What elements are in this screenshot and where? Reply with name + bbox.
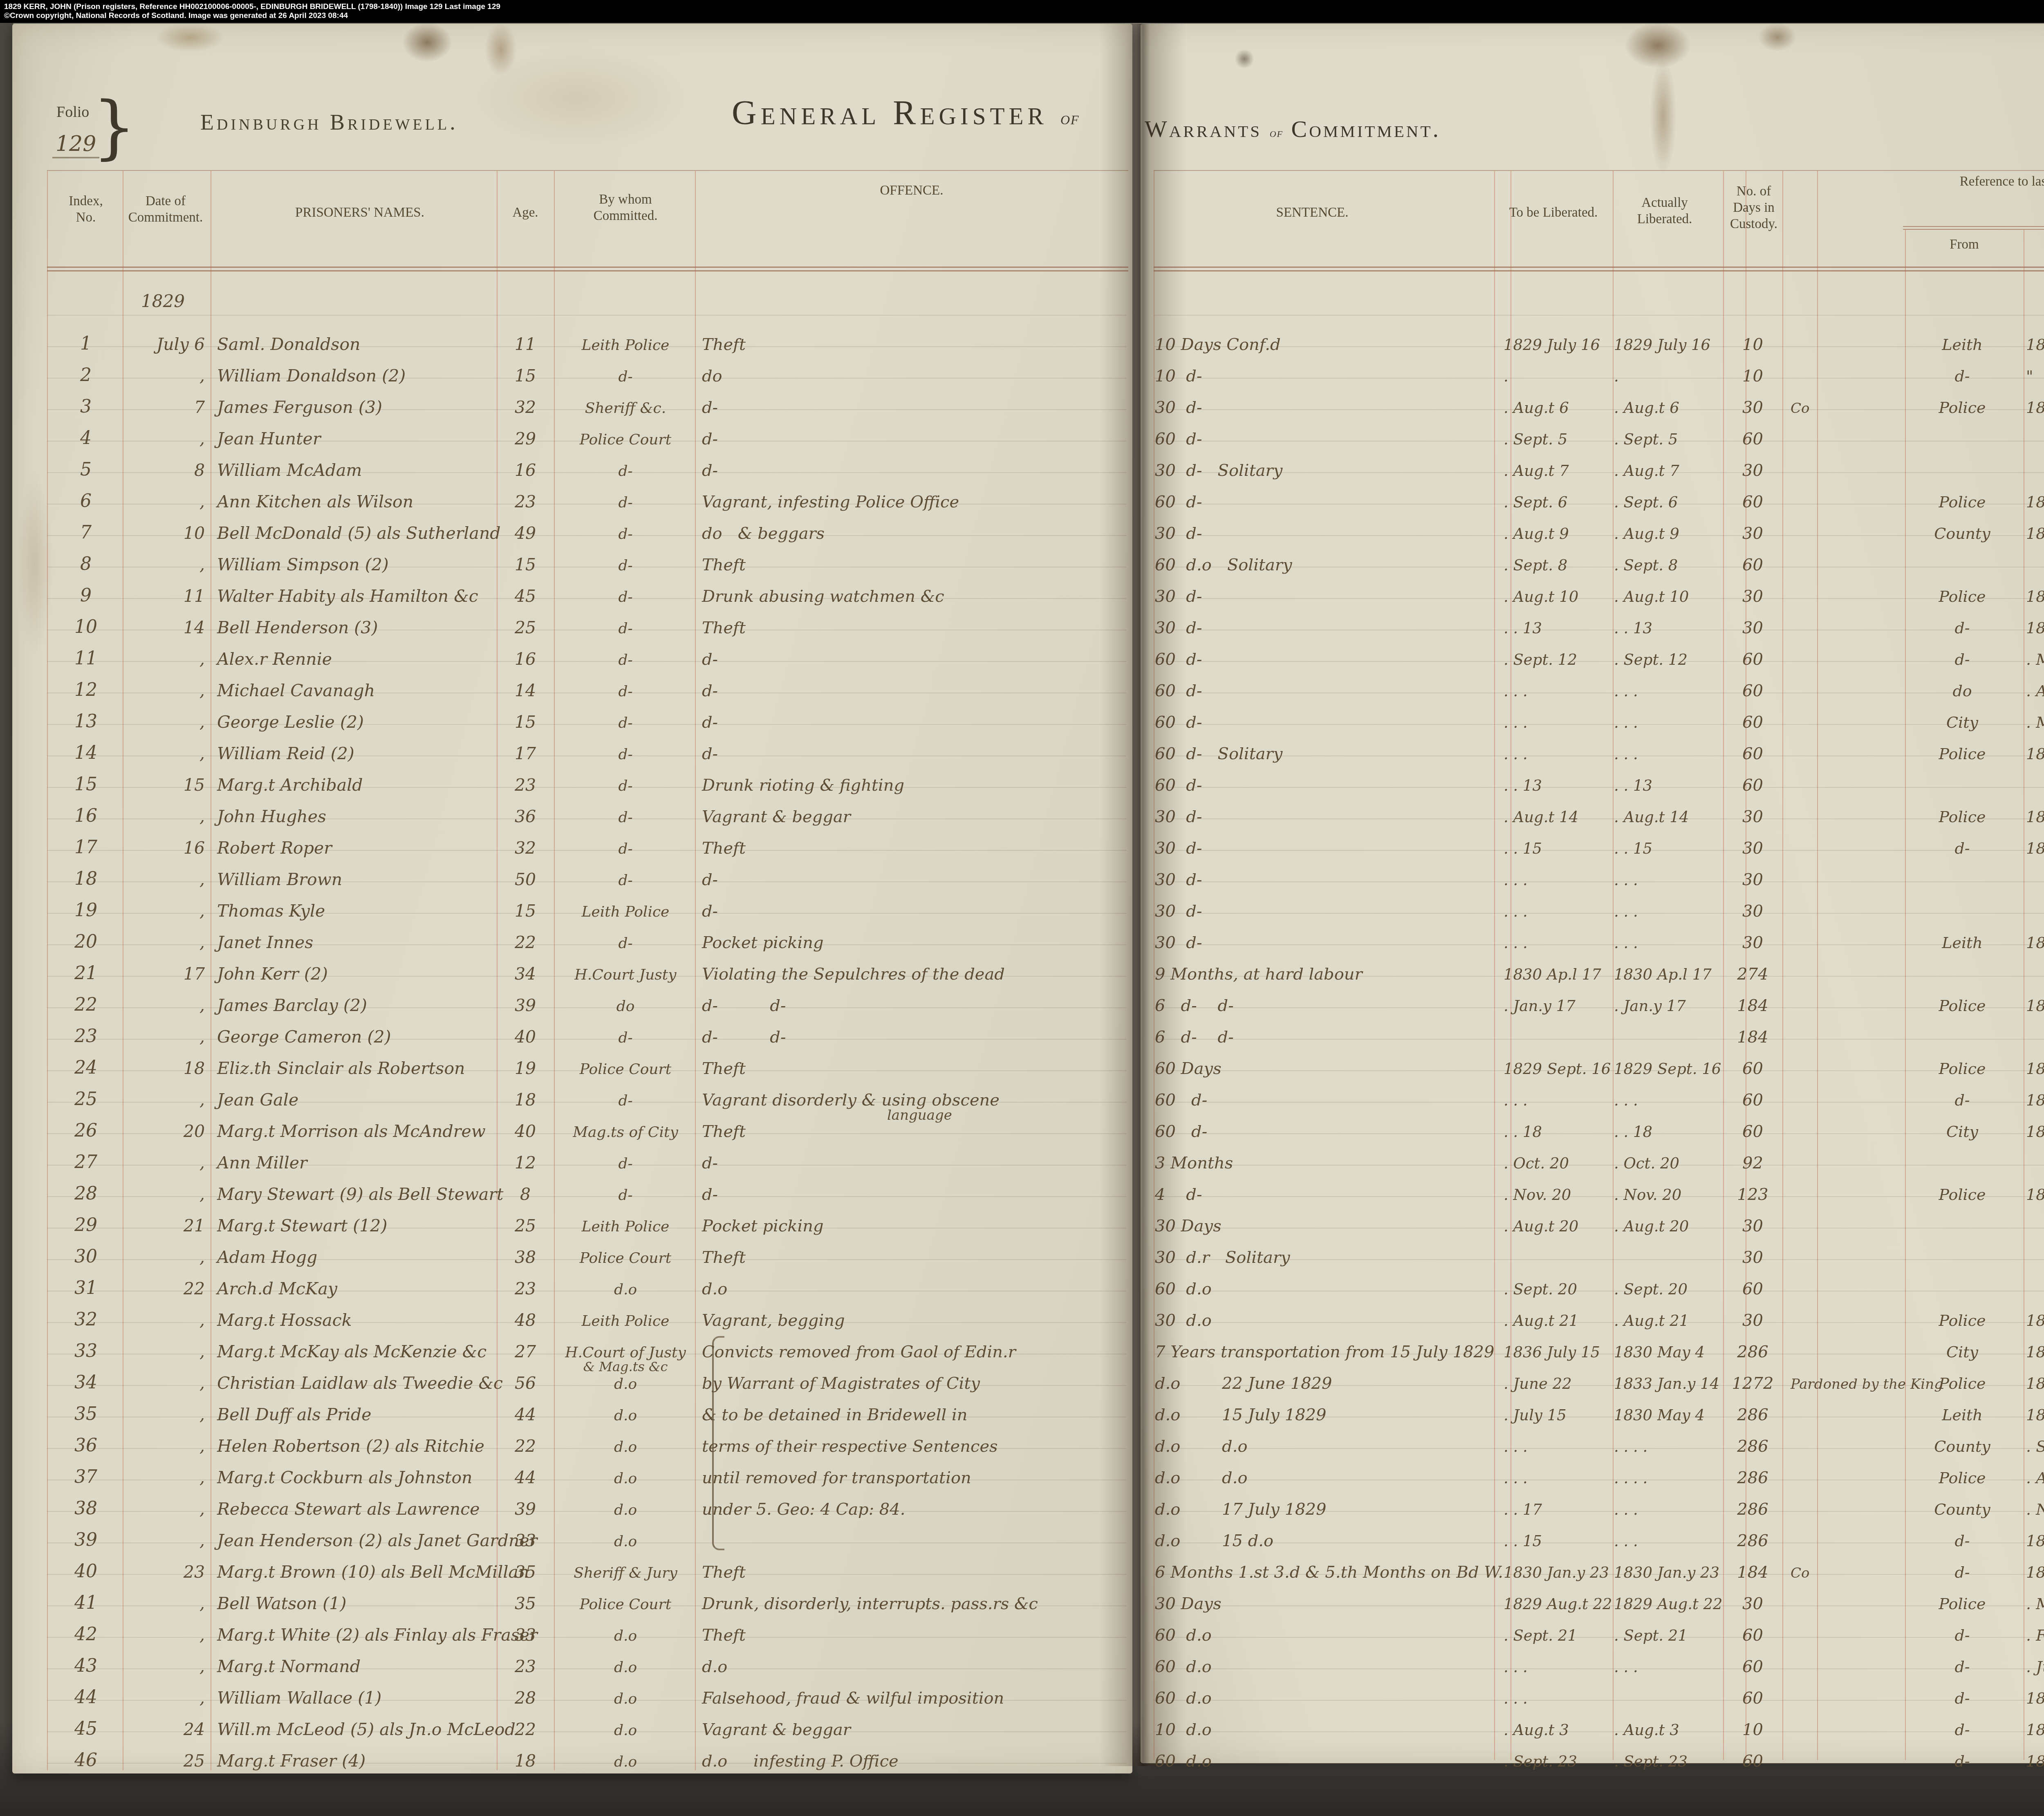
cell-actually_liberated: 1830 May 4 bbox=[1611, 1408, 1721, 1424]
column-header-line: Date. bbox=[1940, 236, 2044, 253]
cell-ref_from: Police bbox=[1901, 1187, 2024, 1203]
cell-sentence: 30 d- bbox=[1151, 525, 1500, 542]
cell-date: 8 bbox=[123, 462, 211, 479]
cell-name: Bell Watson (1) bbox=[211, 1595, 497, 1612]
cell-name: Jean Hunter bbox=[211, 430, 497, 448]
cell-ref_date: . Sept. 26 bbox=[2024, 1439, 2044, 1455]
cell-name: Will.m McLeod (5) als Jn.o McLeod bbox=[211, 1721, 497, 1738]
cell-sentence: 6 Months 1.st 3.d & 5.th Months on Bd W. bbox=[1151, 1564, 1500, 1581]
cell-ref_from: d- bbox=[1901, 1533, 2024, 1549]
cell-date: , bbox=[123, 997, 211, 1014]
cell-no: 36 bbox=[49, 1436, 123, 1455]
cell-committed_by: d.o bbox=[554, 1502, 697, 1518]
cell-ref_date: 1829 July 25 bbox=[2024, 1753, 2044, 1770]
cell-age: 50 bbox=[497, 871, 554, 888]
cell-to_be_liberated: . Sept. 5 bbox=[1500, 432, 1611, 448]
cell-date: 14 bbox=[123, 619, 211, 637]
cell-days: 60 bbox=[1721, 1627, 1784, 1644]
cell-offence: Theft bbox=[697, 840, 1128, 857]
cell-to_be_liberated: . Sept. 12 bbox=[1500, 652, 1611, 668]
cell-committed_by: Leith Police bbox=[554, 1314, 697, 1329]
cell-ref_date: 1828 March 11 bbox=[2024, 809, 2044, 825]
cell-days: 30 bbox=[1721, 462, 1784, 479]
cell-days: 60 bbox=[1721, 1280, 1784, 1298]
cell-committed_by: Police Court bbox=[554, 432, 697, 448]
cell-ref_date: 1825 Aug.t 19 bbox=[2024, 746, 2044, 762]
page-title-bridewell: Edinburgh Bridewell. bbox=[200, 110, 458, 135]
cell-sentence: 30 d- bbox=[1151, 903, 1500, 920]
cell-sentence: 60 d- bbox=[1151, 777, 1500, 794]
cell-age: 14 bbox=[497, 682, 554, 699]
register-row: 42,Marg.t White (2) als Finlay als Frase… bbox=[0, 1613, 2044, 1645]
cell-offence: d- bbox=[697, 745, 1128, 762]
cell-days: 30 bbox=[1721, 934, 1784, 951]
cell-sentence: 30 d- bbox=[1151, 399, 1500, 416]
cell-no: 24 bbox=[49, 1058, 123, 1077]
image-title: 1829 KERR, JOHN (Prison registers, Refer… bbox=[4, 2, 2044, 11]
register-row: 13,George Leslie (2)15d-d-60 d-. . .. . … bbox=[0, 700, 2044, 732]
register-row: 4625Marg.t Fraser (4)18d.od.o infesting … bbox=[0, 1739, 2044, 1771]
cell-offence: Theft bbox=[697, 619, 1128, 637]
cell-ref_from: Police bbox=[1901, 589, 2024, 605]
register-row: 16,John Hughes36d-Vagrant & beggar30 d-.… bbox=[0, 795, 2044, 826]
cell-actually_liberated: . Oct. 20 bbox=[1611, 1156, 1721, 1172]
cell-sentence: 30 d- bbox=[1151, 588, 1500, 605]
scanned-register-photograph: 1829 KERR, JOHN (Prison registers, Refer… bbox=[0, 0, 2044, 1816]
register-row: 4,Jean Hunter29Police Courtd-60 d-. Sept… bbox=[0, 417, 2044, 448]
cell-sentence: 60 d.o bbox=[1151, 1658, 1500, 1675]
cell-no: 22 bbox=[49, 995, 123, 1014]
cell-days: 30 bbox=[1721, 903, 1784, 920]
cell-age: 15 bbox=[497, 556, 554, 574]
cell-age: 19 bbox=[497, 1060, 554, 1077]
cell-name: Robert Roper bbox=[211, 839, 497, 857]
register-row: 1716Robert Roper32d-Theft30 d-. . 15. . … bbox=[0, 826, 2044, 858]
cell-ref_from: Police bbox=[1901, 1596, 2024, 1612]
cell-date: , bbox=[123, 745, 211, 762]
cell-ref_from: d- bbox=[1901, 1092, 2024, 1109]
register-row: 20,Janet Innes22d-Pocket picking30 d-. .… bbox=[0, 921, 2044, 952]
cell-age: 8 bbox=[497, 1186, 554, 1203]
register-row: 37James Ferguson (3)32Sheriff &c.d-30 d-… bbox=[0, 386, 2044, 417]
cell-committed_by: d- bbox=[554, 936, 697, 951]
cell-committed_by: d.o bbox=[554, 1660, 697, 1675]
cell-ref_date: . Feby 8 bbox=[2024, 1628, 2044, 1644]
cell-ref_from: d- bbox=[1901, 620, 2024, 637]
cell-age: 18 bbox=[497, 1091, 554, 1109]
cell-offence: Violating the Sepulchres of the dead bbox=[697, 966, 1128, 983]
register-row: 2,William Donaldson (2)15d-do10 d-..10d-… bbox=[0, 354, 2044, 386]
cell-date: , bbox=[123, 1374, 211, 1392]
cell-ref_from: d- bbox=[1901, 1628, 2024, 1644]
cell-sentence: 30 d- bbox=[1151, 840, 1500, 857]
cell-offence: Vagrant, infesting Police Office bbox=[697, 493, 1128, 511]
cell-days: 60 bbox=[1721, 1690, 1784, 1707]
cell-to_be_liberated: . . 15 bbox=[1500, 1534, 1611, 1549]
register-row: 22,James Barclay (2)39dod- d-6 d- d-. Ja… bbox=[0, 984, 2044, 1015]
cell-ref_date: 1828 Oct. 31 bbox=[2024, 1124, 2044, 1140]
register-row: 36,Helen Robertson (2) als Ritchie22d.ot… bbox=[0, 1424, 2044, 1456]
cell-days: 30 bbox=[1721, 619, 1784, 637]
cell-date: , bbox=[123, 1343, 211, 1361]
cell-ref_from: Police bbox=[1901, 998, 2024, 1014]
cell-age: 23 bbox=[497, 1280, 554, 1298]
cell-sentence: 60 d- Solitary bbox=[1151, 745, 1500, 762]
cell-offence: d- bbox=[697, 430, 1128, 448]
cell-name: George Cameron (2) bbox=[211, 1028, 497, 1046]
cell-ref_from: City bbox=[1901, 1124, 2024, 1140]
cell-actually_liberated: . Sept. 6 bbox=[1611, 495, 1721, 511]
cell-age: 23 bbox=[497, 776, 554, 794]
cell-no: 32 bbox=[49, 1310, 123, 1329]
cell-sentence: 60 d- bbox=[1151, 682, 1500, 699]
cell-ref_from: Leith bbox=[1901, 337, 2024, 353]
cell-offence: Theft bbox=[697, 1564, 1128, 1581]
cell-ref_date: 1826 July 13 bbox=[2024, 841, 2044, 857]
cell-to_be_liberated: . June 22 bbox=[1500, 1376, 1611, 1392]
cell-days: 60 bbox=[1721, 430, 1784, 448]
header-rule bbox=[47, 270, 1128, 271]
cell-sentence: 60 d- bbox=[1151, 651, 1500, 668]
cell-actually_liberated: . . 18 bbox=[1611, 1124, 1721, 1140]
cell-ref_date: 1829 May 9 bbox=[2024, 935, 2044, 951]
cell-name: Marg.t Stewart (12) bbox=[211, 1217, 497, 1235]
cell-ref_from: Police bbox=[1901, 1376, 2024, 1392]
cell-ref_from: Police bbox=[1901, 1470, 2024, 1486]
cell-offence: Convicts removed from Gaol of Edin.r bbox=[697, 1343, 1128, 1361]
cell-days: 92 bbox=[1721, 1155, 1784, 1172]
cell-ref_date: . Ap.l 1 bbox=[2024, 683, 2044, 699]
cell-ref_from: Leith bbox=[1901, 1407, 2024, 1424]
header-rule bbox=[47, 170, 1128, 171]
cell-committed_by: d- bbox=[554, 684, 697, 699]
cell-no: 17 bbox=[49, 838, 123, 857]
cell-name: Marg.t Morrison als McAndrew bbox=[211, 1123, 497, 1140]
register-row: 710Bell McDonald (5) als Sutherland49d-d… bbox=[0, 511, 2044, 543]
cell-ref_date: 1829 June 6 bbox=[2024, 1187, 2044, 1203]
column-header-ref_date: Date. bbox=[1940, 236, 2044, 253]
column-header-offence: OFFENCE. bbox=[748, 182, 1075, 199]
register-row: 1July 6Saml. Donaldson11Leith PoliceThef… bbox=[0, 323, 2044, 354]
cell-sentence: 9 Months, at hard labour bbox=[1151, 966, 1500, 983]
header-rule bbox=[1154, 270, 2044, 271]
column-header-line: Reference to last Commitment. bbox=[1880, 173, 2044, 190]
cell-days: 30 bbox=[1721, 525, 1784, 542]
register-row: 58William McAdam16d-d-30 d- Solitary. Au… bbox=[0, 448, 2044, 480]
cell-offence: Pocket picking bbox=[697, 934, 1128, 951]
cell-age: 36 bbox=[497, 808, 554, 825]
title-warrants-main2: Commitment. bbox=[1291, 116, 1441, 142]
cell-ref_date: 1827 Ap.l 10 bbox=[2024, 1313, 2044, 1329]
register-row: 4023Marg.t Brown (10) als Bell McMillan3… bbox=[0, 1550, 2044, 1582]
title-warrants-of: of bbox=[1270, 126, 1283, 140]
cell-ref_from: d- bbox=[1901, 368, 2024, 385]
cell-age: 23 bbox=[497, 1658, 554, 1675]
cell-no: 41 bbox=[49, 1594, 123, 1612]
cell-ref_from: d- bbox=[1901, 1722, 2024, 1738]
cell-to_be_liberated: . Sept. 23 bbox=[1500, 1754, 1611, 1770]
register-row: 23,George Cameron (2)40d-d- d-6 d- d-184 bbox=[0, 1015, 2044, 1047]
cell-ref_from: Police bbox=[1901, 746, 2024, 762]
cell-age: 34 bbox=[497, 965, 554, 983]
cell-no: 25 bbox=[49, 1090, 123, 1109]
cell-age: 32 bbox=[497, 399, 554, 416]
cell-offence: Theft bbox=[697, 1249, 1128, 1266]
cell-no: 33 bbox=[49, 1342, 123, 1361]
cell-date: , bbox=[123, 1689, 211, 1707]
cell-age: 15 bbox=[497, 713, 554, 731]
cell-committed_by: d.o bbox=[554, 1282, 697, 1298]
register-row: 12,Michael Cavanagh14d-d-60 d-. . .. . .… bbox=[0, 669, 2044, 700]
cell-name: William Reid (2) bbox=[211, 745, 497, 762]
cell-offence: d- bbox=[697, 462, 1128, 479]
cell-actually_liberated: 1830 Ap.l 17 bbox=[1611, 967, 1721, 983]
title-general-of: of bbox=[1060, 108, 1080, 128]
cell-actually_liberated: 1833 Jan.y 14 bbox=[1611, 1376, 1721, 1392]
cell-name: Adam Hogg bbox=[211, 1249, 497, 1266]
cell-offence: terms of their respective Sentences bbox=[697, 1438, 1128, 1455]
cell-age: 40 bbox=[497, 1028, 554, 1046]
cell-offence: d.o bbox=[697, 1658, 1128, 1675]
cell-no: 45 bbox=[49, 1720, 123, 1738]
register-row: 2117John Kerr (2)34H.Court JustyViolatin… bbox=[0, 952, 2044, 984]
cell-to_be_liberated: 1830 Ap.l 17 bbox=[1500, 967, 1611, 983]
register-row: 2921Marg.t Stewart (12)25Leith PolicePoc… bbox=[0, 1204, 2044, 1235]
cell-ref_date: 1829 Feby 19 bbox=[2024, 526, 2044, 542]
register-row: 14,William Reid (2)17d-d-60 d- Solitary.… bbox=[0, 732, 2044, 763]
cell-actually_liberated: . Nov. 20 bbox=[1611, 1187, 1721, 1203]
cell-name: Jean Henderson (2) als Janet Gardner bbox=[211, 1532, 497, 1549]
cell-date: , bbox=[123, 1028, 211, 1046]
cell-ref_date: . May 2 bbox=[2024, 1596, 2044, 1612]
cell-no: 10 bbox=[49, 618, 123, 637]
cell-committed_by: Sheriff & Jury bbox=[554, 1565, 697, 1581]
cell-offence: Theft bbox=[697, 336, 1128, 353]
cell-age: 33 bbox=[497, 1626, 554, 1644]
cell-ref_from: Police bbox=[1901, 494, 2024, 511]
cell-no: 11 bbox=[49, 649, 123, 668]
cell-age: 25 bbox=[497, 619, 554, 637]
cell-sentence: 60 d- bbox=[1151, 493, 1500, 511]
cell-age: 27 bbox=[497, 1343, 554, 1361]
cell-offence: Drunk abusing watchmen &c bbox=[697, 588, 1128, 605]
cell-committed_by: d- bbox=[554, 590, 697, 605]
cell-no: 14 bbox=[49, 744, 123, 762]
cell-offence: d- bbox=[697, 1155, 1128, 1172]
cell-committed_by: H.Court of Justy bbox=[554, 1345, 697, 1361]
cell-offence: Vagrant & beggar bbox=[697, 808, 1128, 825]
cell-name: Christian Laidlaw als Tweedie &c bbox=[211, 1374, 497, 1392]
cell-ref_date: 1826 May 23 bbox=[2024, 1061, 2044, 1077]
cell-days: 30 bbox=[1721, 1595, 1784, 1612]
register-row: 18,William Brown50d-d-30 d-. . .. . .30 bbox=[0, 858, 2044, 889]
cell-date: , bbox=[123, 902, 211, 920]
cell-days: 60 bbox=[1721, 714, 1784, 731]
cell-date: , bbox=[123, 1658, 211, 1675]
cell-sentence: d.o 15 July 1829 bbox=[1151, 1406, 1500, 1424]
cell-age: 22 bbox=[497, 934, 554, 951]
cell-days: 184 bbox=[1721, 1564, 1784, 1581]
cell-to_be_liberated: . Aug.t 7 bbox=[1500, 463, 1611, 479]
folio-label: Folio bbox=[56, 103, 89, 121]
cell-days: 184 bbox=[1721, 997, 1784, 1014]
cell-offence: Theft bbox=[697, 1123, 1128, 1140]
cell-no: 21 bbox=[49, 964, 123, 983]
cell-ref_date: 1828 Nov. 1 bbox=[2024, 1565, 2044, 1581]
cell-no: 27 bbox=[49, 1153, 123, 1172]
column-header-line: OFFENCE. bbox=[748, 182, 1075, 199]
register-row: 2418Eliz.th Sinclair als Robertson19Poli… bbox=[0, 1047, 2044, 1078]
cell-to_be_liberated: . . . bbox=[1500, 1659, 1611, 1675]
cell-name: Marg.t Hossack bbox=[211, 1312, 497, 1329]
cell-name: William Brown bbox=[211, 871, 497, 888]
cell-sentence: 30 d- bbox=[1151, 808, 1500, 825]
cell-actually_liberated: 1830 Jan.y 23 bbox=[1611, 1565, 1721, 1581]
cell-offence: d- bbox=[697, 399, 1128, 416]
cell-sentence: 60 d- bbox=[1151, 430, 1500, 448]
cell-committed_by: d.o bbox=[554, 1628, 697, 1644]
cell-actually_liberated: . . . bbox=[1611, 1502, 1721, 1518]
cell-sentence: 30 d- bbox=[1151, 871, 1500, 888]
cell-date: , bbox=[123, 1500, 211, 1518]
header-rule bbox=[1154, 267, 2044, 268]
cell-days: 30 bbox=[1721, 808, 1784, 825]
cell-actually_liberated: . . . bbox=[1611, 715, 1721, 731]
cell-to_be_liberated: . . 17 bbox=[1500, 1502, 1611, 1518]
cell-age: 22 bbox=[497, 1721, 554, 1738]
cell-ref_date: 1828 June 10 bbox=[2024, 1344, 2044, 1361]
cell-age: 12 bbox=[497, 1154, 554, 1172]
register-row: 11,Alex.r Rennie16d-d-60 d-. Sept. 12. S… bbox=[0, 637, 2044, 669]
cell-no: 44 bbox=[49, 1688, 123, 1707]
cell-days: 30 bbox=[1721, 588, 1784, 605]
cell-ref_from: d- bbox=[1901, 1659, 2024, 1675]
register-row: 38,Rebecca Stewart als Lawrence39d.ounde… bbox=[0, 1487, 2044, 1519]
cell-date: , bbox=[123, 1249, 211, 1266]
cell-committed_by: d.o bbox=[554, 1723, 697, 1738]
folio-brace: } bbox=[92, 92, 136, 161]
register-row: 1515Marg.t Archibald23d-Drunk rioting & … bbox=[0, 763, 2044, 795]
cell-date: , bbox=[123, 1312, 211, 1329]
cell-to_be_liberated: . . . bbox=[1500, 1439, 1611, 1455]
cell-date: , bbox=[123, 1186, 211, 1203]
cell-committed_by: d- bbox=[554, 495, 697, 511]
cell-name: Bell Henderson (3) bbox=[211, 619, 497, 637]
cell-no: 37 bbox=[49, 1468, 123, 1486]
cell-age: 45 bbox=[497, 587, 554, 605]
cell-sentence: 10 d- bbox=[1151, 368, 1500, 385]
cell-to_be_liberated: . . . bbox=[1500, 747, 1611, 762]
cell-age: 49 bbox=[497, 525, 554, 542]
cell-committed_by: d.o bbox=[554, 1439, 697, 1455]
cell-ref_date: 1828 Oct. 20 bbox=[2024, 589, 2044, 605]
column-header-line: Days in bbox=[1590, 200, 1917, 216]
cell-committed_by: d- bbox=[554, 810, 697, 825]
cell-to_be_liberated: . . . bbox=[1500, 684, 1611, 699]
cell-days: 60 bbox=[1721, 556, 1784, 574]
cell-sentence: 60 d- bbox=[1151, 714, 1500, 731]
cell-actually_liberated: . . . bbox=[1611, 872, 1721, 888]
register-row: 33,Marg.t McKay als McKenzie &c27H.Court… bbox=[0, 1330, 2044, 1361]
cell-ref_date: 1828 Dec. 18 bbox=[2024, 337, 2044, 353]
column-header-line: By whom bbox=[462, 191, 789, 208]
cell-actually_liberated: . . . bbox=[1611, 935, 1721, 951]
cell-ref_date: 1828 Nov. 7 bbox=[2024, 998, 2044, 1014]
cell-sentence: 60 d- bbox=[1151, 1092, 1500, 1109]
register-row: 28,Mary Stewart (9) als Bell Stewart8d-d… bbox=[0, 1173, 2044, 1204]
cell-date: , bbox=[123, 1626, 211, 1644]
cell-age: 16 bbox=[497, 462, 554, 479]
cell-committed_by: H.Court Justy bbox=[554, 967, 697, 983]
writing-line bbox=[47, 315, 1126, 316]
cell-name: Marg.t Normand bbox=[211, 1658, 497, 1675]
cell-actually_liberated: . . . . bbox=[1611, 1439, 1721, 1455]
cell-ref_date: 1828 Oct. 6 bbox=[2024, 1722, 2044, 1738]
column-header-line: No. of bbox=[1590, 183, 1917, 200]
register-row: 911Walter Habity als Hamilton &c45d-Drun… bbox=[0, 574, 2044, 606]
cell-committed_by: d- bbox=[554, 369, 697, 385]
cell-offence: Falsehood, fraud & wilful imposition bbox=[697, 1690, 1128, 1707]
cell-sentence: d.o d.o bbox=[1151, 1469, 1500, 1486]
cell-ref_date: 1829 Ap.l 2 bbox=[2024, 1690, 2044, 1707]
cell-actually_liberated: . Aug.t 20 bbox=[1611, 1219, 1721, 1235]
cell-date: , bbox=[123, 1595, 211, 1612]
cell-days: 184 bbox=[1721, 1029, 1784, 1046]
cell-days: 60 bbox=[1721, 777, 1784, 794]
cell-committed_by: d- bbox=[554, 621, 697, 637]
cell-days: 30 bbox=[1721, 871, 1784, 888]
cell-no: 40 bbox=[49, 1562, 123, 1581]
cell-actually_liberated: . Sept. 20 bbox=[1611, 1282, 1721, 1298]
cell-date: 10 bbox=[123, 525, 211, 542]
cell-age: 38 bbox=[497, 1249, 554, 1266]
cell-actually_liberated: . . . bbox=[1611, 747, 1721, 762]
cell-no: 20 bbox=[49, 933, 123, 951]
cell-offence: Vagrant & beggar bbox=[697, 1721, 1128, 1738]
register-row: 35,Bell Duff als Pride44d.o& to be detai… bbox=[0, 1393, 2044, 1424]
cell-days: 10 bbox=[1721, 368, 1784, 385]
cell-ref_date: 1829 May 5 bbox=[2024, 400, 2044, 416]
cell-date: 21 bbox=[123, 1217, 211, 1235]
cell-name: Janet Innes bbox=[211, 934, 497, 951]
cell-sentence: 6 d- d- bbox=[1151, 1029, 1500, 1046]
cell-to_be_liberated: . Sept. 20 bbox=[1500, 1282, 1611, 1298]
cell-name: Bell McDonald (5) als Sutherland bbox=[211, 525, 497, 542]
cell-ref_date: . Aug.t 29 bbox=[2024, 1470, 2044, 1486]
cell-no: 1 bbox=[49, 334, 123, 353]
register-row: 32,Marg.t Hossack48Leith PoliceVagrant, … bbox=[0, 1298, 2044, 1330]
cell-name: Ann Miller bbox=[211, 1154, 497, 1172]
cell-date: 20 bbox=[123, 1123, 211, 1140]
cell-committed_by: Leith Police bbox=[554, 338, 697, 353]
cell-offence: d- bbox=[697, 871, 1128, 888]
cell-name: Michael Cavanagh bbox=[211, 682, 497, 699]
cell-actually_liberated: . Aug.t 6 bbox=[1611, 400, 1721, 416]
cell-offence: d- bbox=[697, 682, 1128, 699]
cell-to_be_liberated: . Sept. 8 bbox=[1500, 558, 1611, 574]
cell-no: 4 bbox=[49, 429, 123, 448]
cell-age: 18 bbox=[497, 1752, 554, 1770]
cell-sentence: d.o 17 July 1829 bbox=[1151, 1501, 1500, 1518]
cell-committed_by: d- bbox=[554, 715, 697, 731]
cell-to_be_liberated: . Sept. 6 bbox=[1500, 495, 1611, 511]
cell-age: 11 bbox=[497, 336, 554, 353]
cell-date: , bbox=[123, 1532, 211, 1549]
cell-name: Helen Robertson (2) als Ritchie bbox=[211, 1437, 497, 1455]
cell-age: 16 bbox=[497, 650, 554, 668]
cell-to_be_liberated: . Aug.t 10 bbox=[1500, 589, 1611, 605]
cell-name: Mary Stewart (9) als Bell Stewart bbox=[211, 1186, 497, 1203]
